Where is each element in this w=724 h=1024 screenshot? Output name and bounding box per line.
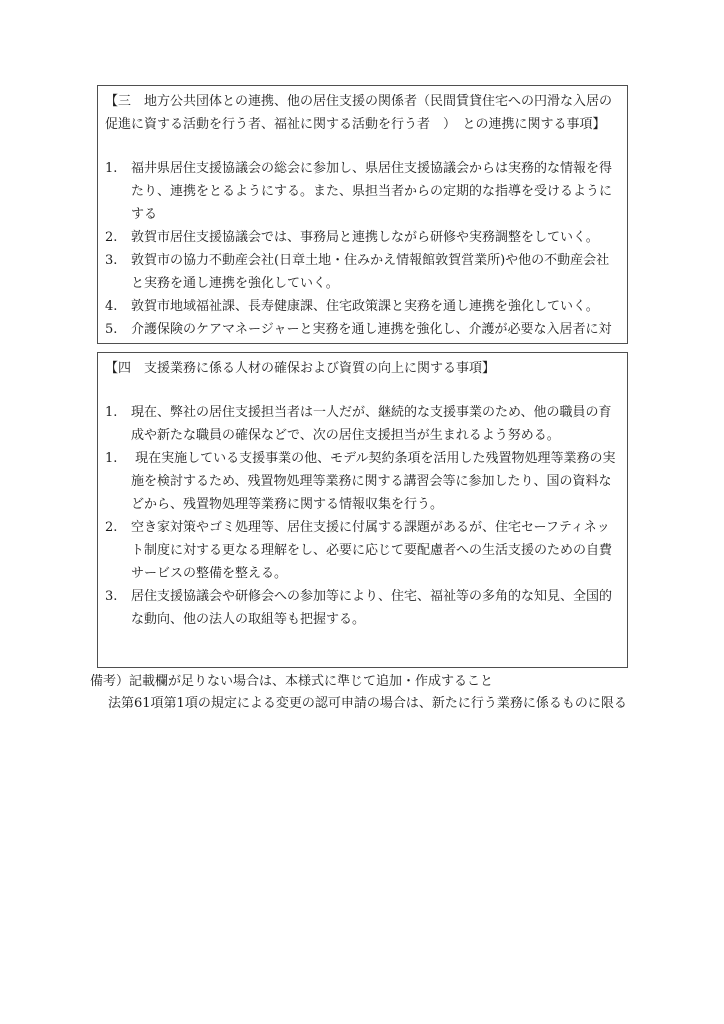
- list-item: 1. 福井県居住支援協議会の総会に参加し、県居住支援協議会からは実務的な情報を得…: [105, 157, 619, 226]
- list-item: 3. 敦賀市の協力不動産会社(日章土地・住みかえ情報館敦賀営業所)や他の不動産会…: [105, 249, 619, 295]
- list-item: 2. 空き家対策やゴミ処理等、居住支援に付属する課題があるが、住宅セーフティネッ…: [105, 516, 619, 585]
- list-item-number: 1.: [105, 401, 131, 447]
- list-item-text: 福井県居住支援協議会の総会に参加し、県居住支援協議会からは実務的な情報を得たり、…: [131, 157, 619, 226]
- list-item-number: 1.: [105, 447, 131, 516]
- list-item-number: 5.: [105, 318, 131, 344]
- list-item-text: 敦賀市居住支援協議会では、事務局と連携しながら研修や実務調整をしていく。: [131, 226, 619, 249]
- list-item: 2. 敦賀市居住支援協議会では、事務局と連携しながら研修や実務調整をしていく。: [105, 226, 619, 249]
- list-item-text: 敦賀市地域福祉課、長寿健康課、住宅政策課と実務を通し連携を強化していく。: [131, 295, 619, 318]
- list-item-number: 3.: [105, 249, 131, 295]
- law-reference-note: 法第61項第1項の規定による変更の認可申請の場合は、新たに行う業務に係るものに限…: [90, 693, 670, 715]
- list-item: 4. 敦賀市地域福祉課、長寿健康課、住宅政策課と実務を通し連携を強化していく。: [105, 295, 619, 318]
- list-item-text: 現在、弊社の居住支援担当者は一人だが、継続的な支援事業のため、他の職員の育成や新…: [131, 401, 619, 447]
- list-item-number: 4.: [105, 295, 131, 318]
- section-box-four: 【四 支援業務に係る人材の確保および資質の向上に関する事項】 1. 現在、弊社の…: [97, 352, 628, 668]
- section-four-list: 1. 現在、弊社の居住支援担当者は一人だが、継続的な支援事業のため、他の職員の育…: [105, 401, 619, 631]
- list-item-number: 2.: [105, 226, 131, 249]
- list-item-text: 現在実施している支援事業の他、モデル契約条項を活用した残置物処理等業務の実施を検…: [131, 447, 619, 516]
- list-item-number: 2.: [105, 516, 131, 585]
- list-item: 1. 現在実施している支援事業の他、モデル契約条項を活用した残置物処理等業務の実…: [105, 447, 619, 516]
- list-item: 3. 居住支援協議会や研修会への参加等により、住宅、福祉等の多角的な知見、全国的…: [105, 585, 619, 631]
- remarks-note: 備考）記載欄が足りない場合は、本様式に準じて追加・作成すること: [90, 671, 670, 693]
- section-four-heading: 【四 支援業務に係る人材の確保および資質の向上に関する事項】: [105, 357, 619, 380]
- remarks-footer: 備考）記載欄が足りない場合は、本様式に準じて追加・作成すること 法第61項第1項…: [90, 671, 670, 715]
- list-item-number: 3.: [105, 585, 131, 631]
- document-page: 【三 地方公共団体との連携、他の居住支援の関係者（民間賃貸住宅への円滑な入居の促…: [97, 85, 628, 668]
- section-box-three: 【三 地方公共団体との連携、他の居住支援の関係者（民間賃貸住宅への円滑な入居の促…: [97, 85, 628, 344]
- list-item-text: 居住支援協議会や研修会への参加等により、住宅、福祉等の多角的な知見、全国的な動向…: [131, 585, 619, 631]
- list-item: 5. 介護保険のケアマネージャーと実務を通し連携を強化し、介護が必要な入居者に対…: [105, 318, 619, 344]
- list-item-text: 空き家対策やゴミ処理等、居住支援に付属する課題があるが、住宅セーフティネット制度…: [131, 516, 619, 585]
- list-item-text: 敦賀市の協力不動産会社(日章土地・住みかえ情報館敦賀営業所)や他の不動産会社と実…: [131, 249, 619, 295]
- list-item-number: 1.: [105, 157, 131, 226]
- list-item: 1. 現在、弊社の居住支援担当者は一人だが、継続的な支援事業のため、他の職員の育…: [105, 401, 619, 447]
- list-item-text: 介護保険のケアマネージャーと実務を通し連携を強化し、介護が必要な入居者に対して適…: [131, 318, 619, 344]
- section-three-heading: 【三 地方公共団体との連携、他の居住支援の関係者（民間賃貸住宅への円滑な入居の促…: [105, 90, 619, 136]
- section-three-list: 1. 福井県居住支援協議会の総会に参加し、県居住支援協議会からは実務的な情報を得…: [105, 157, 619, 344]
